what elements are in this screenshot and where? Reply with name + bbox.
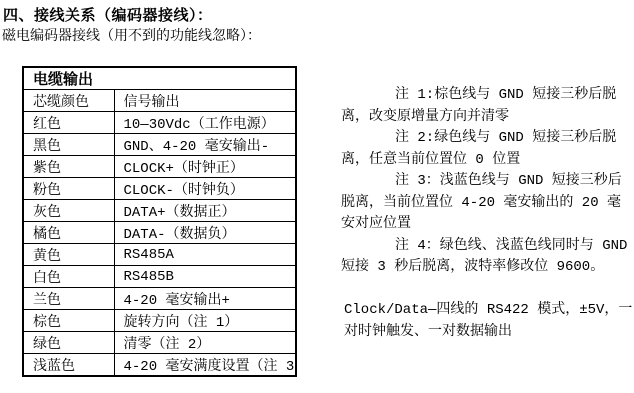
signal-cell: 4-20 毫安满度设置（注 3） (114, 354, 296, 377)
note-2: 注 2:绿色线与 GND 短接三秒后脱离，任意当前位置位 0 位置 (341, 128, 633, 171)
wire-color-cell: 绿色 (23, 332, 114, 354)
wire-color-cell: 白色 (23, 266, 114, 288)
signal-cell: 清零（注 2） (114, 332, 296, 354)
signal-cell: 10—30Vdc（工作电源） (114, 112, 296, 134)
signal-cell: 旋转方向（注 1） (114, 310, 296, 332)
table-row: 紫色 CLOCK+（时钟正） (23, 156, 296, 178)
signal-cell: GND、4-20 毫安输出- (114, 134, 296, 156)
wire-color-cell: 黄色 (23, 244, 114, 266)
wire-color-cell: 粉色 (23, 178, 114, 200)
signal-cell: DATA-（数据负） (114, 222, 296, 244)
signal-cell: CLOCK-（时钟负） (114, 178, 296, 200)
table-row: 粉色 CLOCK-（时钟负） (23, 178, 296, 200)
table-title-row: 电缆输出 (23, 67, 296, 90)
signal-cell: CLOCK+（时钟正） (114, 156, 296, 178)
table-row: 橘色 DATA-（数据负） (23, 222, 296, 244)
wire-color-cell: 浅蓝色 (23, 354, 114, 377)
signal-cell: 4-20 毫安输出+ (114, 288, 296, 310)
signal-cell: DATA+（数据正） (114, 200, 296, 222)
table-header-row: 芯缆颜色 信号输出 (23, 90, 296, 112)
column-header-color: 芯缆颜色 (23, 90, 114, 112)
wire-color-cell: 红色 (23, 112, 114, 134)
signal-cell: RS485B (114, 266, 296, 288)
table-title: 电缆输出 (23, 67, 296, 90)
note-4: 注 4：绿色线、浅蓝色线同时与 GND 短接 3 秒后脱离，波特率修改位 960… (341, 236, 633, 279)
wire-color-cell: 橘色 (23, 222, 114, 244)
wire-color-cell: 紫色 (23, 156, 114, 178)
table-row: 绿色 清零（注 2） (23, 332, 296, 354)
clock-data-note: Clock/Data—四线的 RS422 模式，±5V，一对时钟触发、一对数据输… (344, 300, 634, 343)
table-row: 棕色 旋转方向（注 1） (23, 310, 296, 332)
column-header-signal: 信号输出 (114, 90, 296, 112)
note-1: 注 1:棕色线与 GND 短接三秒后脱离，改变原增量方向并清零 (341, 85, 633, 128)
wire-color-cell: 黑色 (23, 134, 114, 156)
notes-block: 注 1:棕色线与 GND 短接三秒后脱离，改变原增量方向并清零 注 2:绿色线与… (341, 85, 633, 279)
signal-cell: RS485A (114, 244, 296, 266)
wire-color-cell: 灰色 (23, 200, 114, 222)
table-row: 兰色 4-20 毫安输出+ (23, 288, 296, 310)
table-row: 黑色 GND、4-20 毫安输出- (23, 134, 296, 156)
table-row: 黄色 RS485A (23, 244, 296, 266)
page-subtitle: 磁电编码器接线（用不到的功能线忽略）： (2, 25, 261, 45)
wire-color-cell: 兰色 (23, 288, 114, 310)
wire-color-cell: 棕色 (23, 310, 114, 332)
note-3: 注 3：浅蓝色线与 GND 短接三秒后脱离，当前位置位 4-20 毫安输出的 2… (341, 171, 633, 236)
table-row: 红色 10—30Vdc（工作电源） (23, 112, 296, 134)
table-row: 白色 RS485B (23, 266, 296, 288)
table-row: 灰色 DATA+（数据正） (23, 200, 296, 222)
wiring-table: 电缆输出 芯缆颜色 信号输出 红色 10—30Vdc（工作电源） 黑色 GND、… (22, 66, 297, 377)
table-row: 浅蓝色 4-20 毫安满度设置（注 3） (23, 354, 296, 377)
page-title: 四、接线关系（编码器接线）： (3, 4, 213, 25)
